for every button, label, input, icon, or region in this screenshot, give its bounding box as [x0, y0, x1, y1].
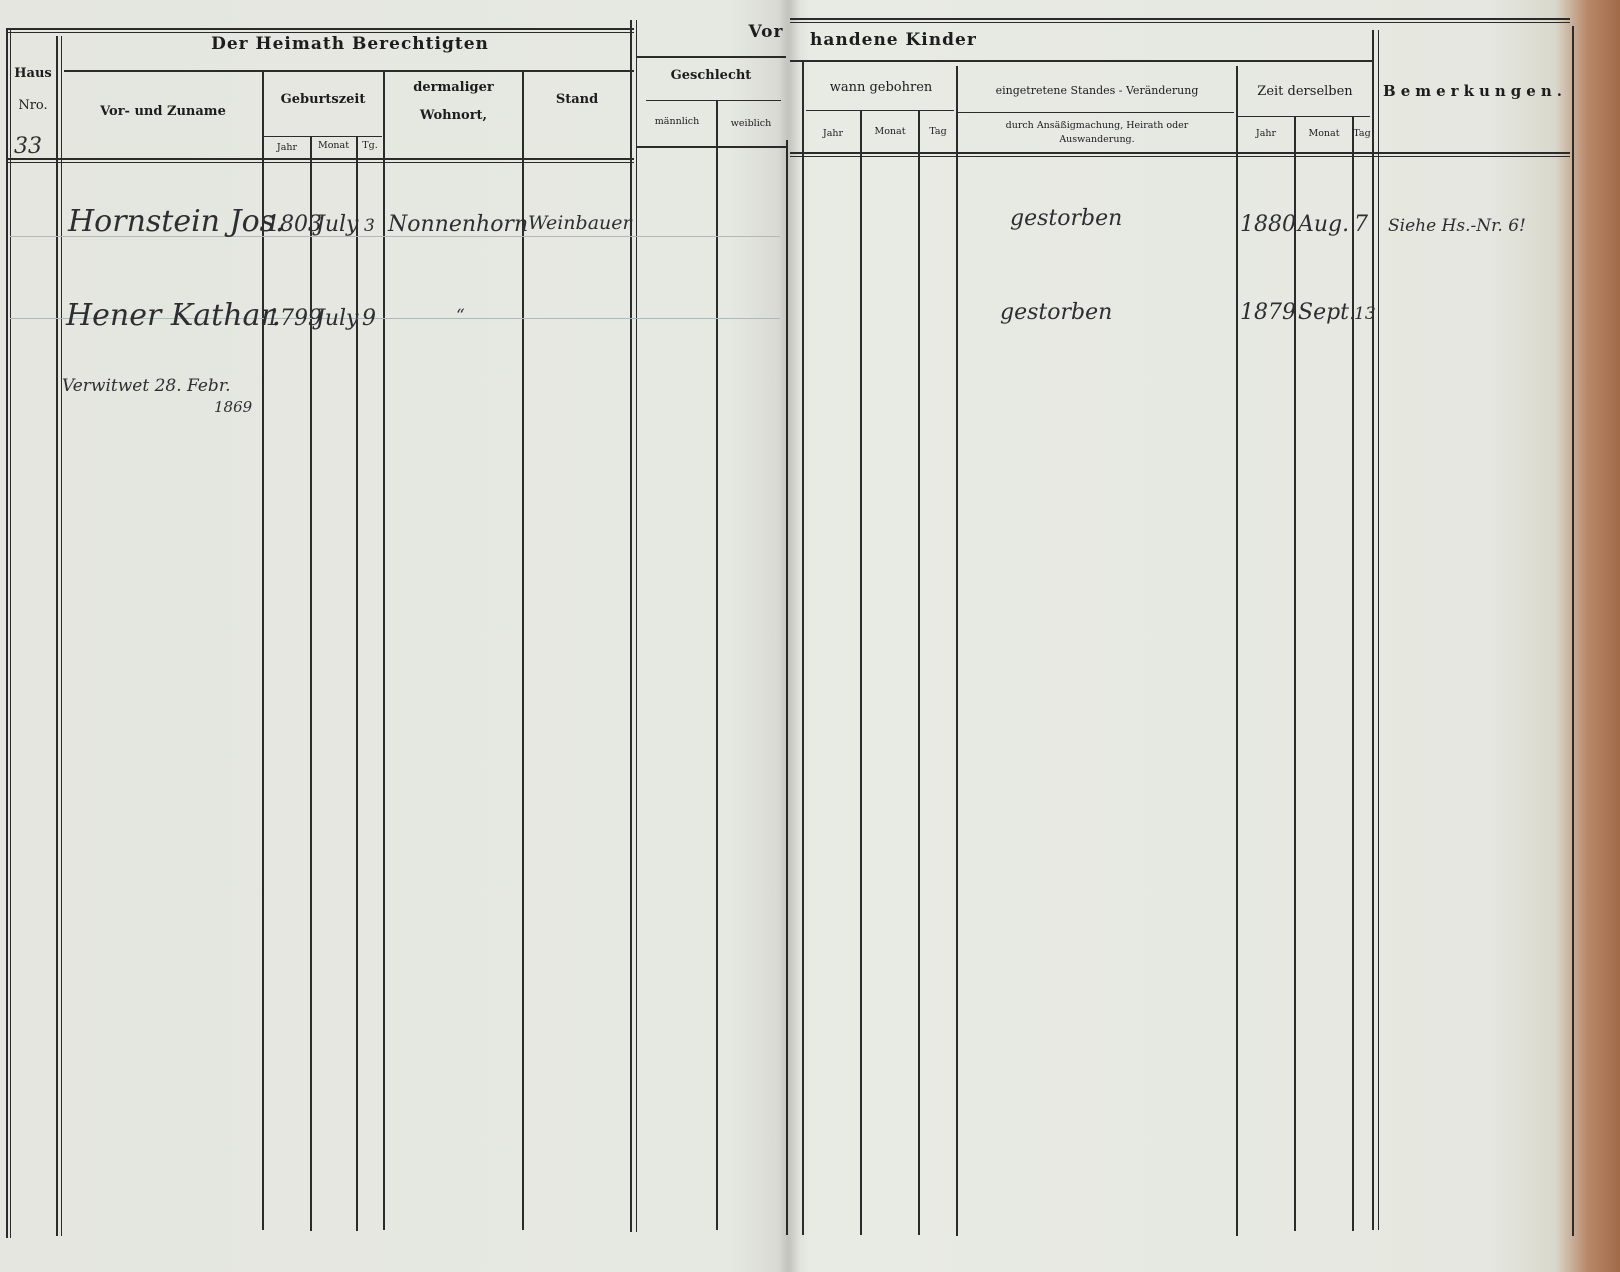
entry-name: Hornstein Jos.	[68, 204, 285, 239]
sex-top-rule	[636, 56, 786, 58]
col-header-status-sub-2: Auswanderung.	[958, 134, 1236, 145]
born-subheader-rule	[806, 110, 954, 111]
haus-number: 33	[14, 134, 42, 159]
col-header-born: wann gebohren	[806, 80, 956, 95]
col-header-time: Zeit derselben	[1238, 84, 1372, 99]
entry-status-change: gestorben	[1000, 300, 1112, 325]
entry-event-day: 7	[1354, 212, 1368, 237]
time-subheader-rule	[1238, 116, 1370, 117]
left-outer-border-inner	[10, 28, 11, 1238]
col-header-birth-year: Jahr	[264, 142, 310, 153]
group-title-rule-right	[790, 60, 1374, 62]
right-outer-border	[1572, 26, 1574, 1236]
top-rule-left-2	[6, 32, 634, 33]
col-header-born-month: Monat	[862, 126, 918, 137]
entry-residence: Nonnenhorn	[388, 212, 528, 237]
entry-birth-month: July	[316, 212, 358, 237]
col-header-sex: Geschlecht	[636, 68, 786, 83]
col-header-residence-1: dermaliger	[385, 80, 522, 95]
register-spread: Der Heimath Berechtigten Haus Nro. 33 Vo…	[0, 0, 1620, 1272]
status-subheader-rule	[958, 112, 1234, 113]
col-sep-day	[383, 70, 385, 1230]
col-sep-time-month	[1352, 116, 1354, 1231]
entry-residence-ditto: “	[456, 306, 465, 326]
entry-event-month: Aug.	[1298, 212, 1349, 237]
entry-birth-year: 1803	[266, 212, 322, 237]
col-header-birth-day: Tg.	[357, 140, 383, 151]
widowed-note: Verwitwet 28. Febr.	[62, 376, 230, 396]
col-sep-stand	[630, 20, 632, 1232]
left-header-bottom-rule	[6, 158, 634, 160]
col-sep-born-year	[860, 110, 862, 1235]
entry-event-year: 1880	[1240, 212, 1296, 237]
top-rule-right	[790, 18, 1570, 20]
col-sep-time-day	[1372, 30, 1374, 1230]
top-rule-right-2	[790, 22, 1570, 23]
col-header-residence-2: Wohnort,	[385, 108, 522, 123]
entry-birth-year: 1799	[266, 306, 322, 331]
col-header-born-day: Tag	[920, 126, 956, 137]
col-header-born-year: Jahr	[806, 128, 860, 139]
haus-divider-2	[61, 36, 62, 1236]
entry-stand: Weinbauer	[528, 212, 632, 234]
right-header-bottom-rule	[790, 152, 1570, 154]
col-header-remarks: Bemerkungen.	[1380, 82, 1570, 100]
nro-label: Nro.	[10, 98, 56, 113]
group-title-heimath: Der Heimath Berechtigten	[200, 34, 500, 54]
col-sep-time-day-2	[1378, 30, 1379, 1230]
haus-label: Haus	[10, 66, 56, 81]
left-header-bottom-rule-2	[6, 162, 634, 163]
col-sep-year	[310, 136, 312, 1231]
col-header-status-change: eingetretene Standes - Veränderung	[958, 84, 1236, 97]
col-header-time-year: Jahr	[1238, 128, 1294, 139]
entry-event-day: 13	[1354, 304, 1376, 324]
entry-remarks: Siehe Hs.-Nr. 6!	[1388, 216, 1526, 236]
entry-birth-day: 9	[362, 306, 376, 331]
continued-title-kinder: handene Kinder	[810, 30, 970, 50]
entry-birth-day: 3	[364, 216, 375, 236]
col-sep-time-year	[1294, 116, 1296, 1231]
sex-subheader-rule	[646, 100, 781, 101]
widowed-note-year: 1869	[214, 398, 252, 416]
right-header-bottom-rule-2	[790, 156, 1570, 157]
entry-name: Hener Kathar.	[66, 298, 281, 333]
group-title-rule-left	[64, 70, 634, 72]
col-header-birth: Geburtszeit	[264, 92, 382, 107]
col-sep-born-day	[956, 66, 958, 1236]
top-rule-left	[6, 28, 634, 30]
col-header-name: Vor- und Zuname	[64, 104, 262, 119]
col-header-male: männlich	[638, 116, 716, 127]
sex-bottom-rule	[636, 146, 786, 148]
entry-event-month: Sept.	[1298, 300, 1356, 325]
col-sep-name	[262, 70, 264, 1230]
col-header-time-day: Tag	[1352, 128, 1372, 139]
birth-subheader-rule	[264, 136, 382, 137]
col-header-time-month: Monat	[1296, 128, 1352, 139]
col-sep-born-month	[918, 110, 920, 1235]
entry-birth-month: July	[316, 306, 358, 331]
col-sep-wohnort	[522, 70, 524, 1230]
col-sep-sex	[716, 100, 718, 1230]
col-sep-stand-2	[636, 20, 637, 1232]
col-header-female: weiblich	[718, 118, 784, 129]
entry-status-change: gestorben	[1010, 206, 1122, 231]
col-sep-month	[356, 136, 358, 1231]
entry-event-year: 1879	[1240, 300, 1296, 325]
col-sep-status	[1236, 66, 1238, 1236]
right-page-left-edge	[802, 60, 804, 1235]
book-gutter	[778, 0, 800, 1272]
left-outer-border	[6, 28, 8, 1238]
haus-divider	[56, 36, 58, 1236]
col-header-status-sub-1: durch Ansäßigmachung, Heirath oder	[958, 120, 1236, 131]
col-header-stand: Stand	[524, 92, 630, 107]
col-header-birth-month: Monat	[311, 140, 356, 151]
